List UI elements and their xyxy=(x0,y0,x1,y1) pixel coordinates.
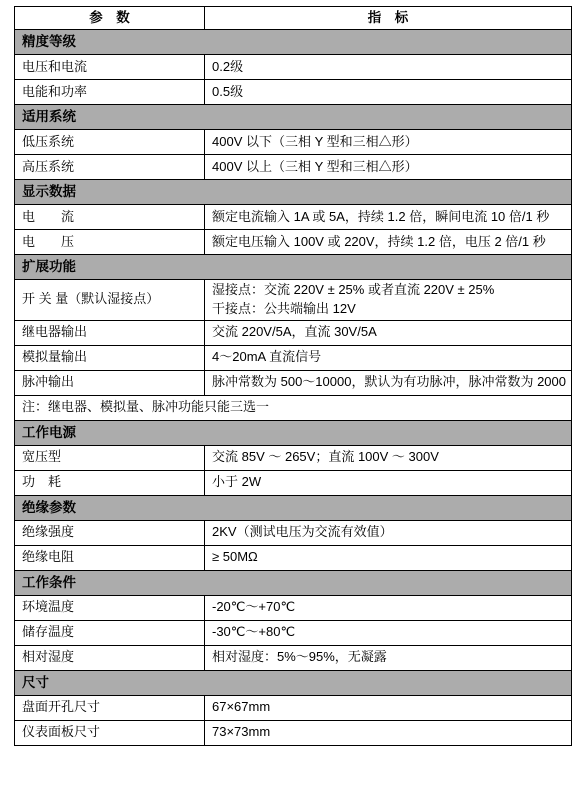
table-row: 脉冲输出脉冲常数为 500～10000，默认为有功脉冲，脉冲常数为 2000 xyxy=(15,370,572,395)
param-label: 继电器输出 xyxy=(15,320,205,345)
param-label: 脉冲输出 xyxy=(15,370,205,395)
spec-value: 67×67mm xyxy=(205,695,572,720)
spec-value: -20℃～+70℃ xyxy=(205,595,572,620)
section-header-row: 工作电源 xyxy=(15,420,572,445)
spec-value: 交流 220V/5A，直流 30V/5A xyxy=(205,320,572,345)
param-label: 电 流 xyxy=(15,205,205,230)
param-label: 盘面开孔尺寸 xyxy=(15,695,205,720)
section-header-row: 显示数据 xyxy=(15,180,572,205)
table-row: 相对湿度相对湿度：5%～95%，无凝露 xyxy=(15,645,572,670)
param-label: 模拟量输出 xyxy=(15,345,205,370)
param-label: 低压系统 xyxy=(15,130,205,155)
spec-value: 湿接点：交流 220V ± 25% 或者直流 220V ± 25%干接点：公共端… xyxy=(205,280,572,321)
param-label: 仪表面板尺寸 xyxy=(15,720,205,745)
section-header-row: 适用系统 xyxy=(15,105,572,130)
section-title: 适用系统 xyxy=(15,105,572,130)
spec-table-container: 参 数 指 标 精度等级电压和电流0.2级电能和功率0.5级适用系统低压系统40… xyxy=(14,6,572,746)
param-label: 相对湿度 xyxy=(15,645,205,670)
spec-value: 0.2级 xyxy=(205,55,572,80)
spec-table: 参 数 指 标 精度等级电压和电流0.2级电能和功率0.5级适用系统低压系统40… xyxy=(14,6,572,746)
section-title: 显示数据 xyxy=(15,180,572,205)
table-row: 绝缘电阻≥ 50MΩ xyxy=(15,545,572,570)
spec-value-line: 湿接点：交流 220V ± 25% 或者直流 220V ± 25% xyxy=(212,281,564,300)
table-header-row: 参 数 指 标 xyxy=(15,7,572,30)
section-header-row: 尺寸 xyxy=(15,670,572,695)
spec-value: 4～20mA 直流信号 xyxy=(205,345,572,370)
table-row: 开 关 量（默认湿接点）湿接点：交流 220V ± 25% 或者直流 220V … xyxy=(15,280,572,321)
param-label: 环境温度 xyxy=(15,595,205,620)
section-header-row: 扩展功能 xyxy=(15,255,572,280)
param-label: 绝缘强度 xyxy=(15,520,205,545)
section-title: 绝缘参数 xyxy=(15,495,572,520)
table-row: 电压和电流0.2级 xyxy=(15,55,572,80)
spec-value: 脉冲常数为 500～10000，默认为有功脉冲，脉冲常数为 2000 xyxy=(205,370,572,395)
param-label: 储存温度 xyxy=(15,620,205,645)
spec-value: 相对湿度：5%～95%，无凝露 xyxy=(205,645,572,670)
param-label: 电 压 xyxy=(15,230,205,255)
param-label: 电能和功率 xyxy=(15,80,205,105)
table-row: 环境温度-20℃～+70℃ xyxy=(15,595,572,620)
section-header-row: 绝缘参数 xyxy=(15,495,572,520)
table-row: 宽压型交流 85V ～ 265V；直流 100V ～ 300V xyxy=(15,445,572,470)
spec-value: 400V 以上（三相 Y 型和三相△形） xyxy=(205,155,572,180)
spec-value: 400V 以下（三相 Y 型和三相△形） xyxy=(205,130,572,155)
table-row: 高压系统400V 以上（三相 Y 型和三相△形） xyxy=(15,155,572,180)
spec-value: -30℃～+80℃ xyxy=(205,620,572,645)
spec-value: 小于 2W xyxy=(205,470,572,495)
param-label: 电压和电流 xyxy=(15,55,205,80)
section-title: 工作条件 xyxy=(15,570,572,595)
spec-value: 2KV（测试电压为交流有效值） xyxy=(205,520,572,545)
table-row: 低压系统400V 以下（三相 Y 型和三相△形） xyxy=(15,130,572,155)
table-row: 功 耗小于 2W xyxy=(15,470,572,495)
section-title: 扩展功能 xyxy=(15,255,572,280)
spec-value: 额定电流输入 1A 或 5A，持续 1.2 倍，瞬间电流 10 倍/1 秒 xyxy=(205,205,572,230)
section-header-row: 精度等级 xyxy=(15,30,572,55)
table-row: 模拟量输出4～20mA 直流信号 xyxy=(15,345,572,370)
table-row: 仪表面板尺寸73×73mm xyxy=(15,720,572,745)
section-title: 精度等级 xyxy=(15,30,572,55)
table-row: 继电器输出交流 220V/5A，直流 30V/5A xyxy=(15,320,572,345)
column-header-spec: 指 标 xyxy=(205,7,572,30)
spec-value: ≥ 50MΩ xyxy=(205,545,572,570)
param-label: 高压系统 xyxy=(15,155,205,180)
spec-value-line: 干接点：公共端输出 12V xyxy=(212,300,564,319)
param-label: 绝缘电阻 xyxy=(15,545,205,570)
spec-value: 0.5级 xyxy=(205,80,572,105)
param-label: 功 耗 xyxy=(15,470,205,495)
table-row: 盘面开孔尺寸67×67mm xyxy=(15,695,572,720)
column-header-param: 参 数 xyxy=(15,7,205,30)
table-row: 绝缘强度2KV（测试电压为交流有效值） xyxy=(15,520,572,545)
param-label: 宽压型 xyxy=(15,445,205,470)
table-row: 电 压额定电压输入 100V 或 220V，持续 1.2 倍，电压 2 倍/1 … xyxy=(15,230,572,255)
spec-value: 交流 85V ～ 265V；直流 100V ～ 300V xyxy=(205,445,572,470)
table-row: 电能和功率0.5级 xyxy=(15,80,572,105)
spec-value: 额定电压输入 100V 或 220V，持续 1.2 倍，电压 2 倍/1 秒 xyxy=(205,230,572,255)
table-row: 储存温度-30℃～+80℃ xyxy=(15,620,572,645)
table-row: 电 流额定电流输入 1A 或 5A，持续 1.2 倍，瞬间电流 10 倍/1 秒 xyxy=(15,205,572,230)
section-header-row: 工作条件 xyxy=(15,570,572,595)
note-row: 注：继电器、模拟量、脉冲功能只能三选一 xyxy=(15,395,572,420)
spec-value: 73×73mm xyxy=(205,720,572,745)
section-title: 工作电源 xyxy=(15,420,572,445)
param-label: 开 关 量（默认湿接点） xyxy=(15,280,205,321)
note-text: 注：继电器、模拟量、脉冲功能只能三选一 xyxy=(15,395,572,420)
section-title: 尺寸 xyxy=(15,670,572,695)
